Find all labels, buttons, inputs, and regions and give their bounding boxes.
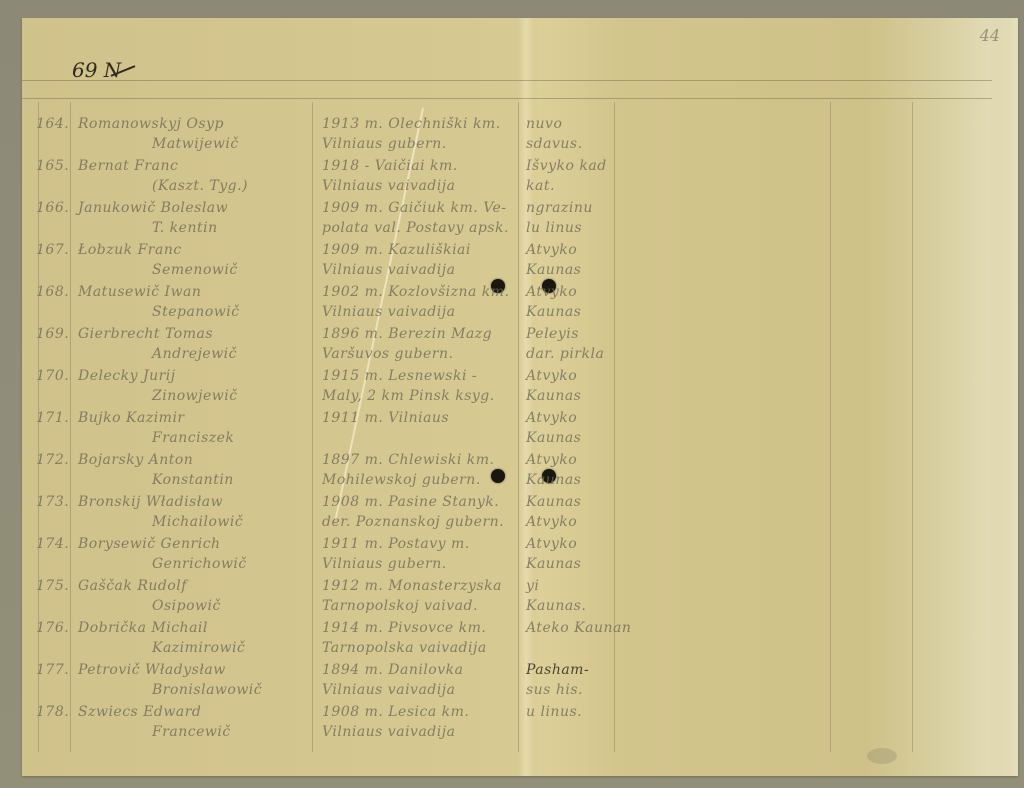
entry-number: 169. — [36, 326, 66, 342]
entry-patronymic: Andrejewič — [152, 346, 237, 362]
entry-remark: Atvyko — [526, 536, 577, 552]
entry-name: Łobzuk Franc — [78, 242, 182, 258]
entry-remark: Atvyko — [526, 242, 577, 258]
entry-number: 175. — [36, 578, 66, 594]
entry-patronymic: Osipowič — [152, 598, 221, 614]
entry-birth-region: Vilniaus gubern. — [322, 136, 447, 152]
entry-number: 165. — [36, 158, 66, 174]
column-rule-empty-2 — [912, 102, 913, 752]
entry-name: Bronskij Władisław — [78, 494, 223, 510]
entry-patronymic: Michailowič — [152, 514, 243, 530]
entry-patronymic: Matwijewič — [152, 136, 239, 152]
entry-number: 177. — [36, 662, 66, 678]
entry-birth-year-place: 1902 m. Kozlovšizna km. — [322, 284, 510, 300]
entry-remark: u linus. — [526, 704, 582, 720]
entry-name: Janukowič Boleslaw — [78, 200, 228, 216]
entry-number: 172. — [36, 452, 66, 468]
entry-birth-year-place: 1909 m. Gaičiuk km. Ve- — [322, 200, 507, 216]
entry-number: 171. — [36, 410, 66, 426]
entry-remark: Kaunas — [526, 388, 581, 404]
entry-remark: Kaunas — [526, 472, 581, 488]
header-rule-top — [22, 80, 992, 81]
entry-patronymic: (Kaszt. Tyg.) — [152, 178, 248, 194]
entry-name: Matusewič Iwan — [78, 284, 201, 300]
entry-name: Bernat Franc — [78, 158, 178, 174]
entry-name: Szwiecs Edward — [78, 704, 201, 720]
entry-number: 164. — [36, 116, 66, 132]
column-rule-empty-1 — [830, 102, 831, 752]
entry-remark: kat. — [526, 178, 555, 194]
entry-name: Gierbrecht Tomas — [78, 326, 213, 342]
entry-patronymic: Stepanowič — [152, 304, 240, 320]
header-rule-bottom — [22, 98, 992, 99]
entry-name: Bujko Kazimir — [78, 410, 185, 426]
entry-remark: Atvyko — [526, 452, 577, 468]
folio-mark-top-left: 69 N — [72, 58, 121, 82]
entry-patronymic: Zinowjewič — [152, 388, 238, 404]
entry-birth-region: Vilniaus vaivadija — [322, 682, 455, 698]
entry-patronymic: Francewič — [152, 724, 231, 740]
entry-number: 173. — [36, 494, 66, 510]
entry-birth-year-place: 1896 m. Berezin Mazg — [322, 326, 492, 342]
entry-remark: Pasham- — [526, 662, 589, 678]
entry-birth-year-place: 1897 m. Chlewiski km. — [322, 452, 495, 468]
entry-remark: sus his. — [526, 682, 583, 698]
column-rule-birth — [518, 102, 519, 752]
entry-birth-region: Vilniaus vaivadija — [322, 304, 455, 320]
entry-patronymic: Konstantin — [152, 472, 234, 488]
entry-number: 166. — [36, 200, 66, 216]
entry-birth-region: Tarnopolska vaivadija — [322, 640, 487, 656]
entry-birth-region: Vilniaus vaivadija — [322, 262, 455, 278]
entry-birth-year-place: 1912 m. Monasterzyska — [322, 578, 502, 594]
entry-patronymic: Bronislawowič — [152, 682, 262, 698]
entry-birth-year-place: 1894 m. Danilovka — [322, 662, 463, 678]
entry-birth-year-place: 1918 - Vaičiai km. — [322, 158, 458, 174]
folio-mark-top-right: 44 — [980, 26, 1000, 45]
entry-birth-region: Mohilewskoj gubern. — [322, 472, 481, 488]
entry-birth-region: der. Poznanskoj gubern. — [322, 514, 504, 530]
entry-birth-year-place: 1914 m. Pivsovce km. — [322, 620, 486, 636]
entry-remark: Kaunas — [526, 556, 581, 572]
entry-birth-year-place: 1908 m. Lesica km. — [322, 704, 469, 720]
entry-name: Bojarsky Anton — [78, 452, 193, 468]
entry-birth-region: Vilniaus gubern. — [322, 556, 447, 572]
entry-name: Petrovič Władysław — [78, 662, 226, 678]
column-rule-number — [70, 102, 71, 752]
entry-patronymic: Kazimirowič — [152, 640, 245, 656]
entry-remark: Kaunas — [526, 430, 581, 446]
entry-number: 174. — [36, 536, 66, 552]
entry-name: Romanowskyj Osyp — [78, 116, 224, 132]
entry-name: Gaščak Rudolf — [78, 578, 187, 594]
entry-birth-year-place: 1909 m. Kazuliškiai — [322, 242, 471, 258]
sheet-right-edge — [988, 18, 1018, 776]
entry-birth-year-place: 1908 m. Pasine Stanyk. — [322, 494, 499, 510]
entry-number: 167. — [36, 242, 66, 258]
entry-remark: Atvyko — [526, 410, 577, 426]
entry-remark: Atvyko — [526, 514, 577, 530]
entry-remark: Kaunas — [526, 494, 581, 510]
entry-birth-region: polata val. Postavy apsk. — [322, 220, 509, 236]
entry-birth-region: Vilniaus vaivadija — [322, 724, 455, 740]
entry-remark: ngrazinu — [526, 200, 593, 216]
entry-remark: sdavus. — [526, 136, 583, 152]
entry-name: Borysewič Genrich — [78, 536, 221, 552]
entry-patronymic: T. kentin — [152, 220, 218, 236]
entry-remark: Kaunas. — [526, 598, 586, 614]
entry-number: 168. — [36, 284, 66, 300]
stain — [867, 748, 897, 764]
entry-birth-year-place: 1911 m. Postavy m. — [322, 536, 470, 552]
entry-remark: nuvo — [526, 116, 562, 132]
entry-patronymic: Franciszek — [152, 430, 234, 446]
entry-number: 170. — [36, 368, 66, 384]
entry-remark: Ateko Kaunan — [526, 620, 631, 636]
entry-remark: Peleyis — [526, 326, 579, 342]
entry-remark: Kaunas — [526, 304, 581, 320]
entry-birth-region: Vilniaus vaivadija — [322, 178, 455, 194]
entry-birth-year-place: 1915 m. Lesnewski - — [322, 368, 477, 384]
entry-remark: Atvyko — [526, 284, 577, 300]
entry-number: 176. — [36, 620, 66, 636]
punch-hole — [491, 469, 505, 483]
register-sheet: 69 N 44 164.Romanowskyj OsypMatwijewič19… — [22, 18, 1018, 776]
entry-remark: Išvyko kad — [526, 158, 607, 174]
entry-remark: yi — [526, 578, 539, 594]
entry-birth-region: Maly, 2 km Pinsk ksyg. — [322, 388, 495, 404]
column-rule-name — [312, 102, 313, 752]
entry-birth-year-place: 1913 m. Olechniški km. — [322, 116, 501, 132]
entry-birth-region: Tarnopolskoj vaivad. — [322, 598, 478, 614]
entry-name: Delecky Jurij — [78, 368, 176, 384]
column-rule-remarks — [614, 102, 615, 752]
entry-birth-region: Varšuvos gubern. — [322, 346, 453, 362]
entry-remark: dar. pirkla — [526, 346, 604, 362]
entry-remark: lu linus — [526, 220, 582, 236]
entry-patronymic: Semenowič — [152, 262, 238, 278]
entry-number: 178. — [36, 704, 66, 720]
entry-patronymic: Genrichowič — [152, 556, 247, 572]
entry-remark: Kaunas — [526, 262, 581, 278]
entry-remark: Atvyko — [526, 368, 577, 384]
entry-name: Dobrička Michail — [78, 620, 208, 636]
entry-birth-year-place: 1911 m. Vilniaus — [322, 410, 449, 426]
